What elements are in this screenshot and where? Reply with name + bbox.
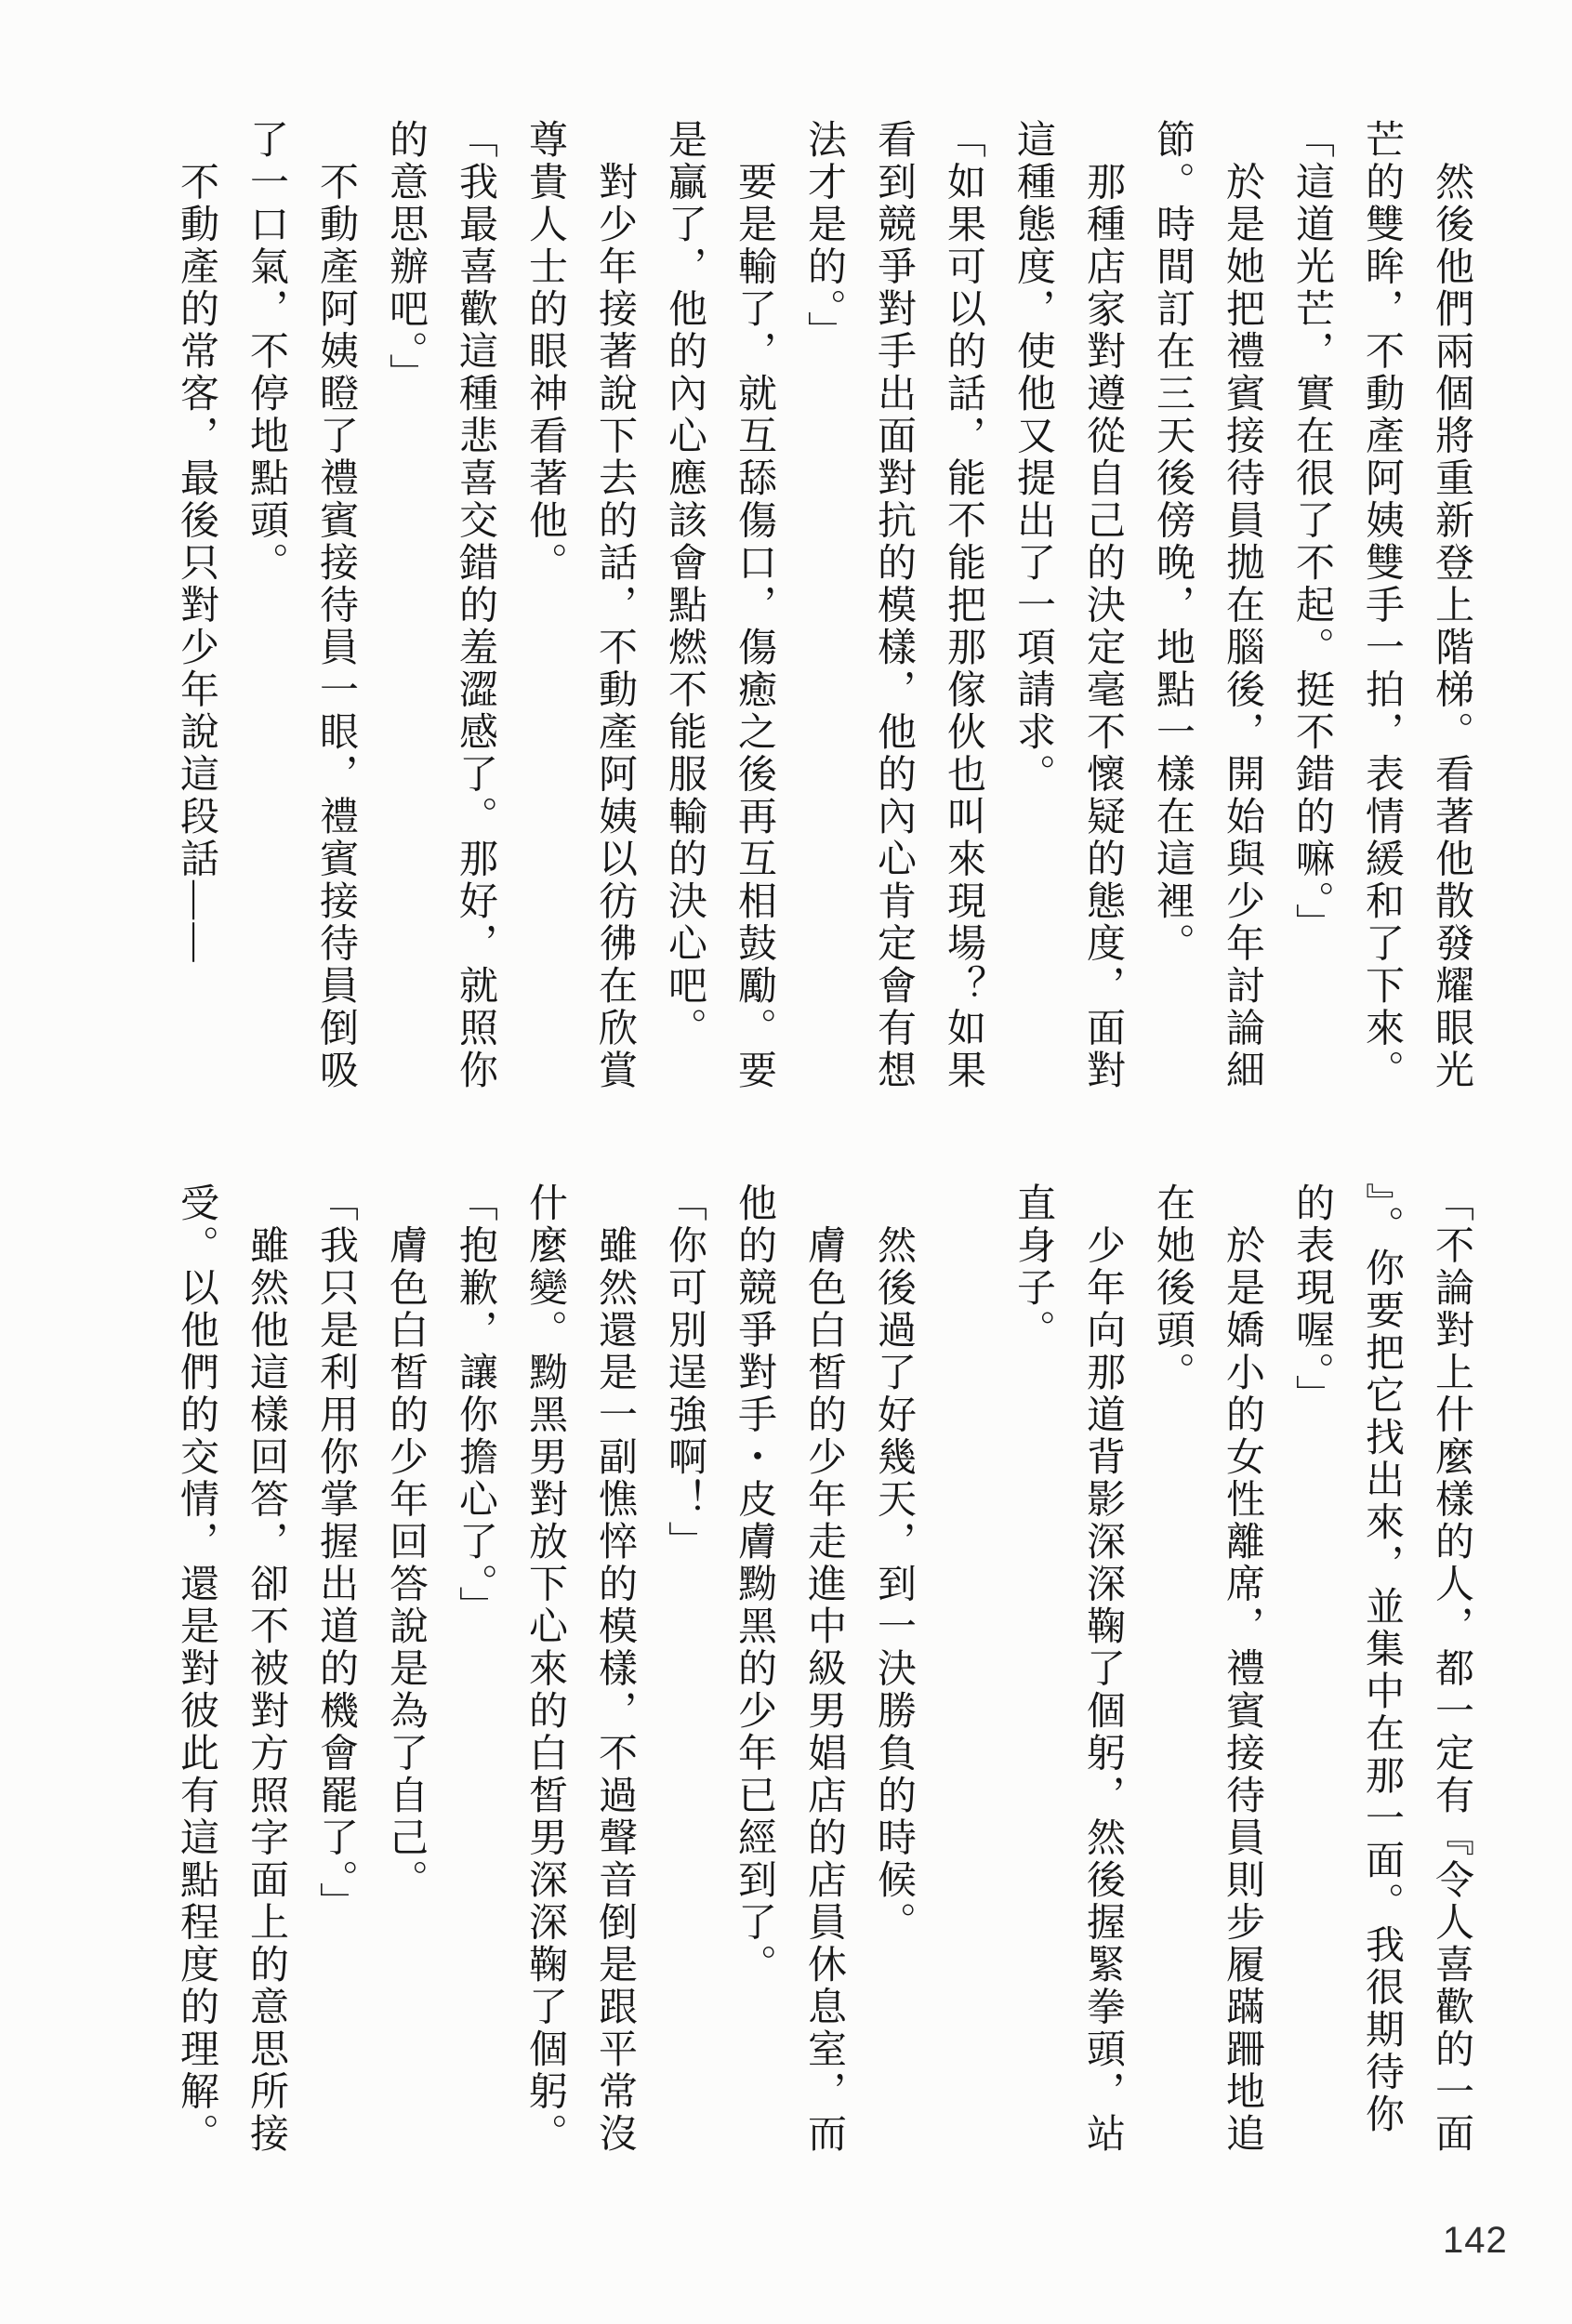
- text-column: 少年向那道背影深深鞠了個躬，然後握緊拳頭，站: [1067, 1182, 1137, 2163]
- text-column: 芒的雙眸，不動產阿姨雙手一拍，表情緩和了下來。: [1346, 119, 1416, 1100]
- top-text-block: 然後他們兩個將重新登上階梯。看著他散發耀眼光 芒的雙眸，不動產阿姨雙手一拍，表情…: [161, 119, 1486, 1100]
- text-column: 的意思辦吧。」: [370, 119, 440, 1100]
- bottom-text-block: 「不論對上什麼樣的人，都一定有『令人喜歡的一面 』。你要把它找出來，並集中在那一…: [161, 1182, 1486, 2163]
- text-column: 直身子。: [997, 1182, 1067, 2163]
- blank-separator-column: [928, 1182, 997, 2163]
- text-column: 然後他們兩個將重新登上階梯。看著他散發耀眼光: [1416, 119, 1486, 1100]
- text-column: 於是嬌小的女性離席，禮賓接待員則步履蹣跚地追: [1207, 1182, 1276, 2163]
- text-column: 對少年接著說下去的話，不動產阿姨以彷彿在欣賞: [579, 119, 649, 1100]
- text-column: 是贏了，他的內心應該會點燃不能服輸的決心吧。: [649, 119, 719, 1100]
- text-column: 「我只是利用你掌握出道的機會罷了。」: [300, 1182, 370, 2163]
- book-page: 然後他們兩個將重新登上階梯。看著他散發耀眼光 芒的雙眸，不動產阿姨雙手一拍，表情…: [0, 0, 1572, 2324]
- text-column: 膚色白皙的少年回答說是為了自己。: [370, 1182, 440, 2163]
- text-column: 「這道光芒，實在很了不起。挺不錯的嘛。」: [1276, 119, 1346, 1100]
- text-column: 尊貴人士的眼神看著他。: [509, 119, 579, 1100]
- text-column: 這種態度，使他又提出了一項請求。: [997, 119, 1067, 1100]
- text-column: 法才是的。」: [788, 119, 858, 1100]
- text-column: 在她後頭。: [1137, 1182, 1207, 2163]
- text-column: 「如果可以的話，能不能把那傢伙也叫來現場？如果: [928, 119, 997, 1100]
- text-column: 』。你要把它找出來，並集中在那一面。我很期待你: [1346, 1182, 1416, 2163]
- text-column: 節。時間訂在三天後傍晚，地點一樣在這裡。: [1137, 119, 1207, 1100]
- text-column: 「抱歉，讓你擔心了。」: [440, 1182, 509, 2163]
- text-column: 「你可別逞強啊！」: [649, 1182, 719, 2163]
- text-column: 的表現喔。」: [1276, 1182, 1346, 2163]
- text-column: 不動產阿姨瞪了禮賓接待員一眼，禮賓接待員倒吸: [300, 119, 370, 1100]
- text-column: 然後過了好幾天，到一決勝負的時候。: [858, 1182, 928, 2163]
- text-column: 不動產的常客，最後只對少年說這段話——: [161, 119, 231, 1100]
- text-column: 於是她把禮賓接待員拋在腦後，開始與少年討論細: [1207, 119, 1276, 1100]
- text-column: 什麼變。黝黑男對放下心來的白皙男深深鞠了個躬。: [509, 1182, 579, 2163]
- text-column: 要是輸了，就互舔傷口，傷癒之後再互相鼓勵。要: [719, 119, 788, 1100]
- text-column: 看到競爭對手出面對抗的模樣，他的內心肯定會有想: [858, 119, 928, 1100]
- text-column: 受。以他們的交情，還是對彼此有這點程度的理解。: [161, 1182, 231, 2163]
- text-column: 雖然還是一副憔悴的模樣，不過聲音倒是跟平常沒: [579, 1182, 649, 2163]
- text-column: 了一口氣，不停地點頭。: [231, 119, 300, 1100]
- text-column: 「我最喜歡這種悲喜交錯的羞澀感了。那好，就照你: [440, 119, 509, 1100]
- text-column: 那種店家對遵從自己的決定毫不懷疑的態度，面對: [1067, 119, 1137, 1100]
- page-number: 142: [1443, 2220, 1508, 2262]
- text-column: 雖然他這樣回答，卻不被對方照字面上的意思所接: [231, 1182, 300, 2163]
- text-column: 他的競爭對手・皮膚黝黑的少年已經到了。: [719, 1182, 788, 2163]
- text-column: 膚色白皙的少年走進中級男娼店的店員休息室，而: [788, 1182, 858, 2163]
- text-column: 「不論對上什麼樣的人，都一定有『令人喜歡的一面: [1416, 1182, 1486, 2163]
